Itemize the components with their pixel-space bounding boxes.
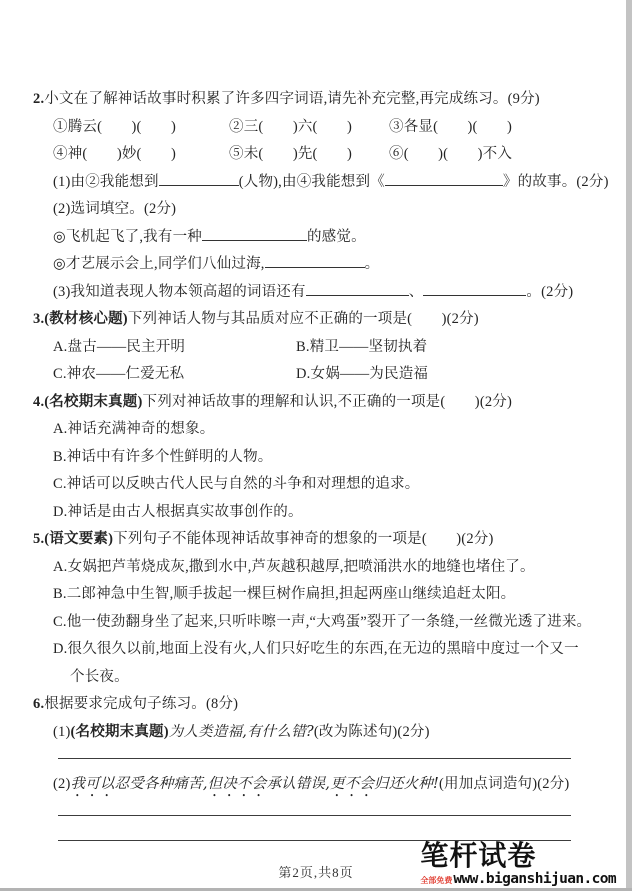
text-run: 为人类造福,有什么错? (169, 724, 314, 740)
text-run: (改为陈述句)(2分) (314, 724, 430, 740)
text-run: 下列对神话故事的理解和认识,不正确的一项是( )(2分) (143, 394, 513, 410)
text-run: 5. (33, 531, 44, 547)
text-run: 4. (33, 394, 44, 410)
question-4: 4.(名校期末真题)下列对神话故事的理解和认识,不正确的一项是( )(2分) A… (33, 389, 593, 527)
question-stem: 4.(名校期末真题)下列对神话故事的理解和认识,不正确的一项是( )(2分) (33, 389, 593, 417)
text-run: (人物),由④我能想到《 (239, 174, 385, 190)
option-d: D.女娲——为民造福 (296, 361, 428, 389)
text-run: (3)我知道表现人物本领高超的词语还有 (53, 284, 306, 300)
question-6: 6.根据要求完成句子练习。(8分) (1)(名校期末真题)为人类造福,有什么错?… (33, 691, 593, 841)
text-run: (1)由②我能想到 (53, 174, 159, 190)
fill-blank-line: ◎飞机起飞了,我有一种的感觉。 (33, 224, 593, 252)
answer-blank (265, 253, 365, 269)
text-run: 但决不会 (208, 776, 267, 792)
question-5: 5.(语文要素)下列句子不能体现神话故事神奇的想象的一项是( )(2分) A.女… (33, 526, 593, 691)
text-run: 我可以 (71, 776, 115, 792)
option-b: B.二郎神急中生智,顺手拔起一棵巨树作扁担,担起两座山继续追赶太阳。 (33, 581, 593, 609)
text-run: (名校期末真题) (44, 394, 142, 410)
question-3: 3.(教材核心题)下列神话人物与其品质对应不正确的一项是( )(2分) A.盘古… (33, 306, 593, 389)
text-run: 更不会 (330, 776, 374, 792)
scan-edge-right (626, 0, 632, 891)
option-c: C.神农——仁爱无私 (53, 361, 296, 389)
free-badge: 全部免费 (420, 877, 452, 886)
fill-blank-line: ◎才艺展示会上,同学们八仙过海,。 (33, 251, 593, 279)
subquestion-2: (2)我可以忍受各种痛苦,但决不会承认错误,更不会归还火种!(用加点词造句)(2… (33, 771, 593, 800)
question-2: 2.小文在了解神话故事时积累了许多四字词语,请先补充完整,再完成练习。(9分) … (33, 86, 593, 306)
answer-blank (159, 170, 239, 186)
subquestion-1: (1)由②我能想到(人物),由④我能想到《》的故事。(2分) (33, 169, 593, 197)
text-run: 6. (33, 696, 44, 712)
subquestion-1: (1)(名校期末真题)为人类造福,有什么错?(改为陈述句)(2分) (33, 719, 593, 747)
text-run: 忍受各种痛苦, (115, 776, 208, 792)
exam-content: 2.小文在了解神话故事时积累了许多四字词语,请先补充完整,再完成练习。(9分) … (33, 86, 593, 841)
brand-name: 笔杆试卷 (420, 843, 616, 871)
option-a: A.女娲把芦苇烧成灰,撒到水中,芦灰越积越厚,把喷涌洪水的地缝也堵住了。 (33, 554, 593, 582)
answer-blank (385, 170, 503, 186)
text-run: (名校期末真题) (71, 724, 169, 740)
option-row: C.神农——仁爱无私 D.女娲——为民造福 (33, 361, 593, 389)
text-run: 。 (365, 256, 380, 272)
answer-line (58, 815, 571, 816)
text-run: ◎才艺展示会上,同学们八仙过海, (53, 256, 265, 272)
word-blank-item: ②三( )六( ) (229, 114, 389, 142)
option-a: A.盘古——民主开明 (53, 334, 296, 362)
text-run: (用加点词造句)(2分) (439, 776, 569, 792)
option-d: D.很久很久以前,地面上没有火,人们只好吃生的东西,在无边的黑暗中度过一个又一个… (33, 636, 593, 691)
brand-logo: 笔杆试卷 全部免费 www.biganshijuan.com (420, 843, 616, 887)
text-run: 、 (409, 284, 424, 300)
text-run: 的感觉。 (307, 229, 366, 245)
option-b: B.精卫——坚韧执着 (296, 334, 427, 362)
text-run: (教材核心题) (44, 311, 128, 327)
subquestion-3: (3)我知道表现人物本领高超的词语还有、。(2分) (33, 279, 593, 307)
option-a: A.神话充满神奇的想象。 (33, 416, 593, 444)
text-run: 根据要求完成句子练习。(8分) (44, 696, 238, 712)
word-bank-row-2: ④神( )妙( ) ⑤未( )先( ) ⑥( )( )不入 (33, 141, 593, 169)
word-blank-item: ③各显( )( ) (389, 114, 512, 142)
option-b: B.神话中有许多个性鲜明的人物。 (33, 444, 593, 472)
question-stem: 3.(教材核心题)下列神话人物与其品质对应不正确的一项是( )(2分) (33, 306, 593, 334)
question-stem: 2.小文在了解神话故事时积累了许多四字词语,请先补充完整,再完成练习。(9分) (33, 86, 593, 114)
question-stem: 6.根据要求完成句子练习。(8分) (33, 691, 593, 719)
text-run: 下列神话人物与其品质对应不正确的一项是( )(2分) (128, 311, 479, 327)
brand-url: www.biganshijuan.com (453, 872, 616, 887)
word-bank-row-1: ①腾云( )( ) ②三( )六( ) ③各显( )( ) (33, 114, 593, 142)
text-run: (1) (53, 724, 71, 740)
word-blank-item: ⑥( )( )不入 (389, 141, 512, 169)
option-c: C.神话可以反映古代人民与自然的斗争和对理想的追求。 (33, 471, 593, 499)
text-run: 。(2分) (526, 284, 573, 300)
text-run: (语文要素) (44, 531, 113, 547)
subquestion-2: (2)选词填空。(2分) (33, 196, 593, 224)
question-stem: 5.(语文要素)下列句子不能体现神话故事神奇的想象的一项是( )(2分) (33, 526, 593, 554)
text-run: 下列句子不能体现神话故事神奇的想象的一项是( )(2分) (113, 531, 493, 547)
answer-line (58, 758, 571, 759)
option-d: D.神话是由古人根据真实故事创作的。 (33, 499, 593, 527)
word-blank-item: ⑤未( )先( ) (229, 141, 389, 169)
text-run: 3. (33, 311, 44, 327)
answer-blank (306, 280, 409, 296)
answer-blank (202, 225, 307, 241)
word-blank-item: ④神( )妙( ) (53, 141, 229, 169)
text-run: 小文在了解神话故事时积累了许多四字词语,请先补充完整,再完成练习。(9分) (44, 91, 540, 107)
text-run: 承认错误, (266, 776, 330, 792)
text-run: 》的故事。(2分) (503, 174, 609, 190)
option-c: C.他一使劲翻身坐了起来,只听咔嚓一声,“大鸡蛋”裂开了一条缝,一丝微光透了进来… (33, 609, 593, 637)
brand-url-row: 全部免费 www.biganshijuan.com (420, 872, 616, 887)
text-run: (2) (53, 776, 71, 792)
text-run: 2. (33, 91, 44, 107)
answer-blank (423, 280, 526, 296)
scanned-exam-page: { "doc": { "footer": "第2页,共8页", "brand":… (0, 0, 632, 891)
text-run: (2)选词填空。(2分) (53, 201, 176, 217)
option-row: A.盘古——民主开明 B.精卫——坚韧执着 (33, 334, 593, 362)
word-blank-item: ①腾云( )( ) (53, 114, 229, 142)
text-run: ◎飞机起飞了,我有一种 (53, 229, 202, 245)
text-run: 归还火种! (374, 776, 439, 792)
